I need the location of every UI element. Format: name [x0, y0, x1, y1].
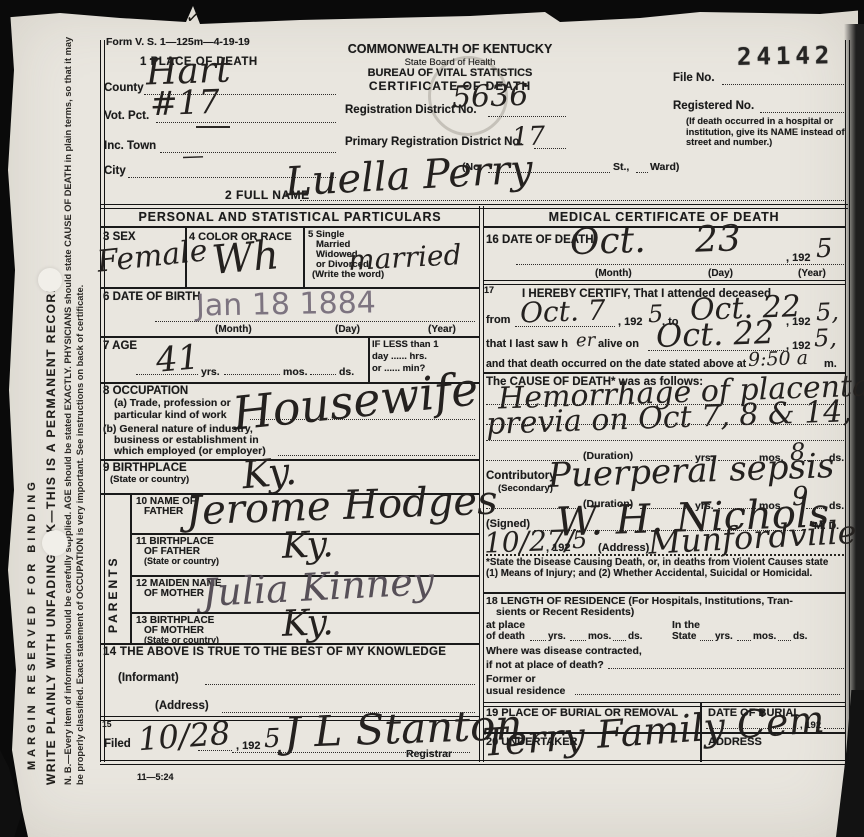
dotted-leader — [198, 750, 232, 751]
filed-label: Filed — [104, 738, 131, 750]
marital-value: married — [347, 241, 462, 275]
age-yrs-label: yrs. — [201, 366, 220, 378]
dotted-leader — [156, 122, 336, 123]
burial-date-year-printed: , 192 — [800, 720, 821, 731]
dod-month-sublabel: (Month) — [595, 268, 632, 279]
certify-saw-text-1: that I last saw h — [486, 338, 568, 350]
dotted-leader — [778, 640, 791, 641]
birthplace-label: 9 BIRTHPLACE — [103, 462, 187, 474]
dotted-leader — [824, 728, 844, 729]
dotted-leader — [155, 321, 475, 322]
filed-year-printed: , 192 — [236, 740, 260, 752]
punch-hole — [42, 530, 68, 556]
certify-to-year-printed: , 192 — [786, 316, 810, 328]
dotted-leader — [515, 326, 615, 327]
commonwealth-title: COMMONWEALTH OF KENTUCKY — [335, 42, 565, 56]
vot-pct-value: #17 — [149, 85, 220, 120]
informant-address-label: (Address) — [155, 700, 209, 712]
father-name-label-2: FATHER — [144, 506, 183, 517]
section-rule — [483, 226, 845, 228]
hospital-note: (If death occurred in a hospital or inst… — [686, 116, 848, 148]
residence-state: State — [672, 631, 696, 642]
city-value-dash: — — [182, 146, 205, 169]
dotted-leader — [310, 374, 336, 375]
contributory-duration-ds: ds. — [829, 500, 844, 512]
date-of-death-day: 23 — [694, 221, 741, 259]
undertaker-label: 20 UNDERTAKER — [486, 736, 577, 748]
father-birthplace-value: Ky. — [281, 527, 334, 565]
signed-year-hw: 5 — [572, 528, 588, 553]
dotted-leader — [278, 455, 475, 456]
registration-district-value: 5636 — [451, 81, 528, 114]
file-no-label: File No. — [673, 72, 715, 84]
occupation-a-line1: (a) Trade, profession or — [114, 397, 231, 409]
undertaker-address-label: ADDRESS — [708, 736, 762, 748]
residence-yrs: yrs. — [548, 631, 566, 642]
parents-cell-divider — [130, 493, 132, 643]
occupation-label: 8 OCCUPATION — [103, 385, 188, 397]
residence-state-yrs: yrs. — [715, 631, 733, 642]
certificate-number-stamp: 24142 — [737, 41, 835, 71]
section-rule — [100, 226, 480, 228]
filed-item-number: 15 — [102, 719, 111, 729]
primary-district-label: Primary Registration District No. — [345, 136, 523, 148]
race-value: Wh — [210, 235, 280, 281]
death-time-value: 9:50 a — [748, 349, 809, 370]
certify-from-year-printed: , 192 — [618, 316, 642, 328]
residence-state-mos: mos. — [753, 631, 776, 642]
row-rule — [483, 280, 845, 285]
occupation-a-line2: particular kind of work — [114, 409, 227, 421]
parents-vertical-label: PARENTS — [106, 505, 120, 633]
certify-saw-year-hw: 5, — [814, 326, 838, 351]
cell-divider — [185, 228, 187, 287]
certify-saw-text-2: alive on — [598, 338, 639, 350]
birthplace-sublabel: (State or country) — [110, 474, 189, 485]
if-less-note-2: day ...... hrs. — [372, 351, 427, 362]
date-of-death-year-hw: 5 — [816, 236, 833, 263]
mother-birthplace-value: Ky. — [281, 605, 334, 643]
father-name-value: Jerome Hodges — [185, 481, 498, 532]
mother-name-label-2: OF MOTHER — [144, 588, 204, 599]
certify-saw-date: Oct. 22 — [655, 316, 774, 352]
row-rule — [483, 592, 845, 594]
medical-section-title: MEDICAL CERTIFICATE OF DEATH — [483, 210, 845, 224]
vot-pct-label: Vot. Pct. — [104, 110, 149, 122]
certify-from-date: Oct. 7 — [520, 297, 606, 328]
certify-m-label: m. — [824, 358, 837, 370]
dob-label: 6 DATE OF BIRTH — [103, 291, 201, 303]
informant-label: (Informant) — [118, 672, 179, 684]
residence-where-1: Where was disease contracted, — [486, 645, 642, 657]
dotted-leader — [613, 640, 626, 641]
dotted-leader — [722, 84, 844, 85]
residence-at-place: at place — [486, 619, 525, 631]
dotted-leader — [488, 116, 566, 117]
personal-section-title: PERSONAL AND STATISTICAL PARTICULARS — [100, 210, 480, 224]
attest-statement: 14 THE ABOVE IS TRUE TO THE BEST OF MY K… — [103, 646, 446, 658]
residence-mos: mos. — [588, 631, 611, 642]
county-label: County — [104, 82, 144, 94]
form-code: Form V. S. 1—125m—4-19-19 — [106, 36, 250, 48]
age-value: 41 — [155, 340, 201, 378]
residence-in-the: In the — [672, 619, 700, 631]
form-border-bottom — [100, 760, 848, 765]
signed-year-printed: , 192 — [546, 542, 570, 554]
certify-occurred-text: and that death occurred on the date stat… — [486, 358, 746, 370]
cause-footnote: *State the Disease Causing Death, or, in… — [486, 558, 842, 580]
dotted-leader — [530, 640, 546, 641]
dotted-leader — [205, 684, 475, 685]
dob-value: Jan 18 1884 — [196, 288, 376, 321]
age-mos-label: mos. — [283, 366, 308, 378]
dob-year-sublabel: (Year) — [428, 324, 456, 335]
if-less-note-1: IF LESS than 1 — [372, 339, 439, 350]
row-rule — [483, 732, 845, 734]
row-rule — [100, 336, 480, 338]
residence-of-death: of death — [486, 631, 525, 642]
secondary-label: (Secondary) — [498, 483, 553, 494]
pen-underline — [196, 126, 230, 128]
dotted-leader — [760, 112, 844, 113]
date-of-death-month: Oct. — [569, 223, 646, 262]
dotted-leader — [224, 374, 280, 375]
dotted-leader — [706, 728, 798, 729]
margin-binding-text: MARGIN RESERVED FOR BINDING — [26, 50, 38, 770]
dod-year-sublabel: (Year) — [798, 268, 826, 279]
residence-former-2: usual residence — [486, 685, 565, 697]
punch-hole — [38, 268, 62, 292]
dotted-leader — [700, 640, 713, 641]
residence-former-1: Former or — [486, 673, 536, 685]
street-label: St., — [613, 161, 629, 173]
burial-date-label: DATE OF BURIAL — [708, 707, 800, 719]
dotted-leader — [136, 374, 198, 375]
margin-write-plainly-text: WRITE PLAINLY WITH UNFADING INK—THIS IS … — [44, 35, 58, 785]
certify-saw-her: er — [576, 332, 596, 351]
residence-state-ds: ds. — [793, 631, 807, 642]
residence-where-2: if not at place of death? — [486, 659, 604, 671]
certify-from-label: from — [486, 314, 510, 326]
margin-nb-note: N. B.—Every item of information should b… — [62, 35, 104, 785]
ward-label: Ward) — [650, 161, 679, 173]
print-code: 11—5:24 — [137, 772, 174, 782]
dotted-leader — [575, 694, 840, 695]
date-of-death-year-printed: , 192 — [786, 252, 810, 264]
city-label: City — [104, 165, 126, 177]
residence-ds: ds. — [628, 631, 642, 642]
father-birthplace-sublabel: (State or country) — [144, 556, 219, 566]
residence-label-2: sients or Recent Residents) — [496, 606, 634, 618]
dotted-leader — [570, 640, 586, 641]
certify-item-number: 17 — [484, 285, 494, 295]
row-rule — [100, 643, 480, 645]
contributory-label: Contributory — [486, 470, 556, 482]
pen-checkmark: ✓ — [185, 7, 202, 29]
scanned-death-certificate: { "scan": { "stamp_number": "24142", "pr… — [0, 0, 864, 837]
signed-address-label: (Address) — [598, 542, 649, 554]
header-divider — [100, 204, 848, 209]
registrar-label: Registrar — [406, 748, 452, 760]
registered-no-label: Registered No. — [673, 100, 754, 112]
dotted-leader — [516, 264, 844, 265]
inc-town-label: Inc. Town — [104, 140, 156, 152]
filed-year-handwritten: 5 — [264, 726, 281, 753]
age-label: 7 AGE — [103, 340, 137, 352]
dod-day-sublabel: (Day) — [708, 268, 733, 279]
certify-to-year-hw: 5, — [816, 300, 840, 325]
dotted-leader — [636, 172, 648, 173]
dotted-leader — [608, 668, 844, 669]
dotted-leader — [486, 554, 844, 556]
dotted-leader — [737, 640, 751, 641]
dob-month-sublabel: (Month) — [215, 324, 252, 335]
dob-day-sublabel: (Day) — [335, 324, 360, 335]
dotted-leader — [486, 424, 844, 425]
cell-divider — [303, 228, 305, 287]
